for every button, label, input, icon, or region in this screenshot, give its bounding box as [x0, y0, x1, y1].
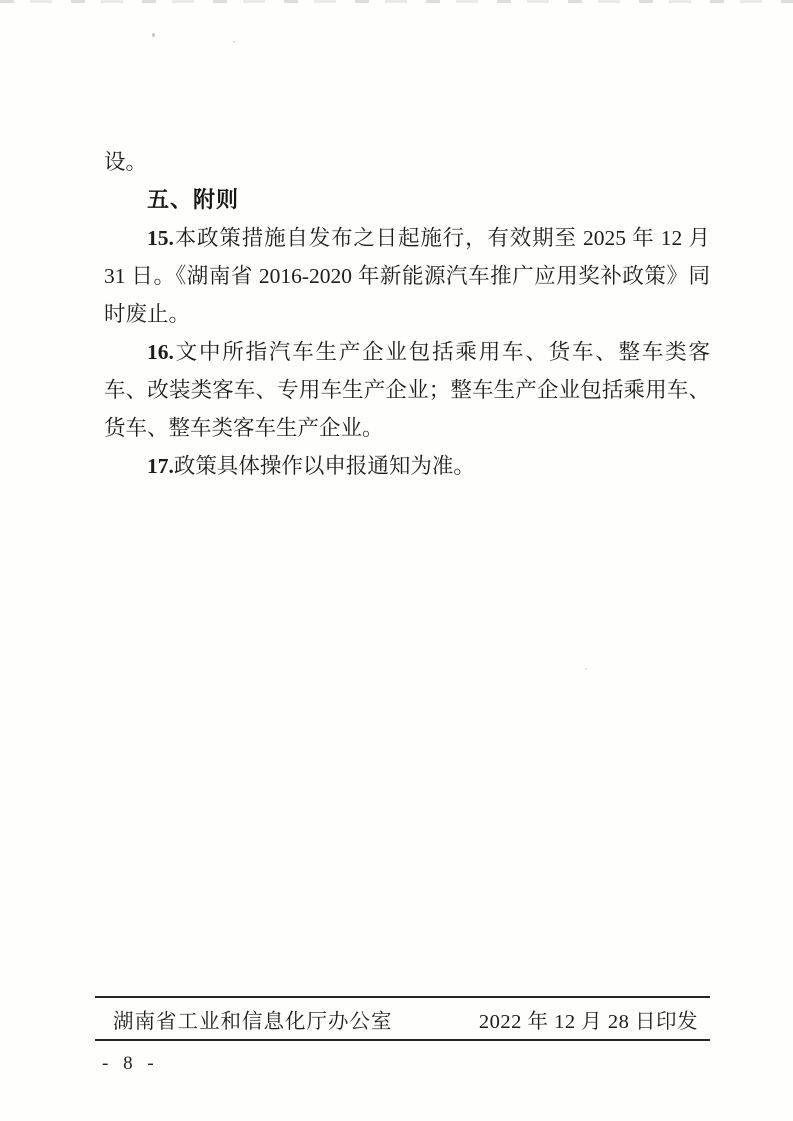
issuing-office: 湖南省工业和信息化厅办公室	[113, 1004, 393, 1034]
paragraph-15: 15.本政策措施自发布之日起施行，有效期至 2025 年 12 月 31 日。《…	[104, 219, 710, 333]
footer-bottom-rule	[95, 1039, 710, 1041]
paragraph-15-number: 15.	[147, 226, 174, 250]
scan-speck	[152, 33, 155, 37]
paragraph-16-text: 文中所指汽车生产企业包括乘用车、货车、整车类客车、改装类客车、专用车生产企业；整…	[104, 340, 710, 440]
scan-speck	[233, 41, 235, 43]
paragraph-16-number: 16.	[147, 340, 174, 364]
paragraph-16: 16.文中所指汽车生产企业包括乘用车、货车、整车类客车、改装类客车、专用车生产企…	[104, 333, 710, 447]
footer-top-rule	[95, 996, 710, 998]
continuation-text: 设。	[104, 143, 710, 181]
paragraph-15-text: 本政策措施自发布之日起施行，有效期至 2025 年 12 月 31 日。《湖南省…	[104, 226, 710, 326]
print-date: 2022 年 12 月 28 日印发	[479, 1004, 698, 1034]
document-body: 设。 五、附则 15.本政策措施自发布之日起施行，有效期至 2025 年 12 …	[104, 143, 710, 485]
colophon: 湖南省工业和信息化厅办公室 2022 年 12 月 28 日印发	[95, 999, 710, 1039]
scan-speck	[585, 668, 587, 670]
document-page: 设。 五、附则 15.本政策措施自发布之日起施行，有效期至 2025 年 12 …	[0, 0, 793, 1121]
paragraph-17-text: 政策具体操作以申报通知为准。	[174, 454, 475, 478]
paragraph-17: 17.政策具体操作以申报通知为准。	[104, 447, 710, 485]
scan-noise-edge	[0, 0, 793, 3]
paragraph-17-number: 17.	[147, 454, 174, 478]
section-heading: 五、附则	[104, 181, 710, 219]
page-number: - 8 -	[102, 1053, 159, 1075]
